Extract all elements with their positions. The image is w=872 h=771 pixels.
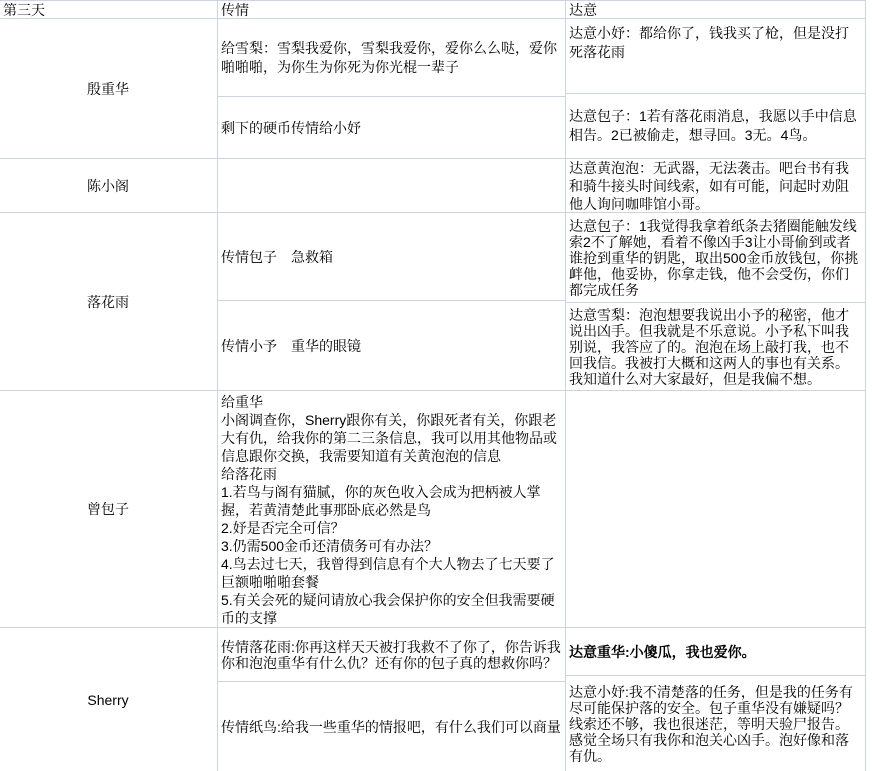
column-chuanqing: 传情 给雪梨：雪梨我爱你，雪梨我爱你，爱你么么哒，爱你啪啪啪，为你生为你死为你光… (218, 0, 566, 771)
cell-dayi-baozi-clues[interactable]: 达意包子：1若有落花雨消息，我愿以手中信息相告。2已被偷走，想寻回。3无。4鸟。 (566, 94, 865, 159)
cell-chuanqing-xiaoyu-glasses[interactable]: 传情小予 重华的眼镜 (218, 301, 565, 391)
name-cell-yin-zhonghua[interactable]: 殷重华 (0, 19, 217, 159)
column-dayi: 达意 达意小妤：都给你了，钱我买了枪，但是没打死落花雨 达意包子：1若有落花雨消… (566, 0, 866, 771)
cell-dayi-zeng-empty[interactable] (566, 391, 865, 628)
name-cell-zeng-baozi[interactable]: 曾包子 (0, 391, 217, 628)
cell-chuanqing-zhiniao-message[interactable]: 传情纸鸟:给我一些重华的情报吧，有什么我们可以商量 (218, 682, 565, 771)
cell-dayi-huangpaopao[interactable]: 达意黄泡泡：无武器，无法袭击。吧台书有我和骑牛接头时间线索，如有可能，问起时劝阻… (566, 159, 865, 213)
cell-dayi-xiaoyu-guns[interactable]: 达意小妤：都给你了，钱我买了枪，但是没打死落花雨 (566, 19, 865, 94)
spreadsheet-screen: 第三天 殷重华 陈小阁 落花雨 曾包子 Sherry 传情 给雪梨：雪梨我爱你，… (0, 0, 872, 771)
day3-table: 第三天 殷重华 陈小阁 落花雨 曾包子 Sherry 传情 给雪梨：雪梨我爱你，… (0, 0, 872, 771)
cell-chuanqing-coins-to-xiaoyu[interactable]: 剩下的硬币传情给小妤 (218, 97, 565, 159)
name-cell-luo-huayu[interactable]: 落花雨 (0, 213, 217, 391)
name-cell-sherry[interactable]: Sherry (0, 628, 217, 771)
header-cell-day[interactable]: 第三天 (0, 1, 217, 19)
cell-chuanqing-xueli-message[interactable]: 给雪梨：雪梨我爱你，雪梨我爱你，爱你么么哒，爱你啪啪啪，为你生为你死为你光棍一辈… (218, 19, 565, 97)
cell-chuanqing-chen-empty[interactable] (218, 159, 565, 213)
name-cell-chen-xiaoge[interactable]: 陈小阁 (0, 159, 217, 213)
cell-chuanqing-zengbaozi-letters[interactable]: 给重华 小阁调查你，Sherry跟你有关，你跟死者有关，你跟老大有仇，给我你的第… (218, 391, 565, 628)
header-cell-dayi[interactable]: 达意 (566, 1, 865, 19)
cell-dayi-xiaoyu-task[interactable]: 达意小妤:我不清楚落的任务，但是我的任务有尽可能保护落的安全。包子重华没有嫌疑吗… (566, 676, 865, 771)
cell-dayi-baozi-plan[interactable]: 达意包子：1我觉得我拿着纸条去猪圈能触发线索2不了解她，看着不像凶手3让小哥偷到… (566, 213, 865, 303)
column-names: 第三天 殷重华 陈小阁 落花雨 曾包子 Sherry (0, 0, 218, 771)
cell-dayi-zhonghua-love[interactable]: 达意重华:小傻瓜，我也爱你。 (566, 628, 865, 676)
cell-dayi-xueli-secret[interactable]: 达意雪梨：泡泡想要我说出小予的秘密，他才说出凶手。但我就是不乐意说。小予私下叫我… (566, 303, 865, 391)
cell-chuanqing-baozi-firstaid[interactable]: 传情包子 急救箱 (218, 213, 565, 301)
header-cell-chuanqing[interactable]: 传情 (218, 1, 565, 19)
cell-chuanqing-luohuayu-message[interactable]: 传情落花雨:你再这样天天被打我救不了你了，你告诉我你和泡泡重华有什么仇？还有你的… (218, 628, 565, 682)
